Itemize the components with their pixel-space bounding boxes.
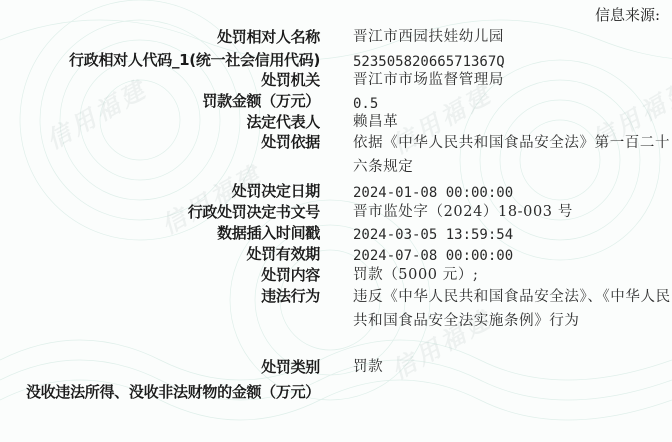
record-row-violation: 违法行为 违反《中华人民共和国食品安全法》、《中华人民共和国食品安全法实施条例》… xyxy=(0,287,672,358)
field-label: 行政处罚决定书文号 xyxy=(0,203,320,222)
record-row-insert-timestamp: 数据插入时间戳 2024-03-05 13:59:54 xyxy=(0,224,672,245)
field-value: 罚款 xyxy=(353,358,671,377)
field-value: 晋市监处字（2024）18-003 号 xyxy=(353,203,671,222)
field-value: 赖昌革 xyxy=(353,113,671,132)
field-label: 违法行为 xyxy=(0,287,320,306)
field-value: 晋江市市场监督管理局 xyxy=(353,71,671,90)
info-source-label: 信息来源: xyxy=(595,4,660,25)
record-row-penalty-content: 处罚内容 罚款（5000 元）; xyxy=(0,266,672,287)
record-row-legal-rep: 法定代表人 赖昌革 xyxy=(0,113,672,133)
field-value: 依据《中华人民共和国食品安全法》第一百二十六条规定 xyxy=(353,131,671,179)
field-label: 处罚内容 xyxy=(0,266,320,285)
field-label: 法定代表人 xyxy=(0,113,320,132)
field-value: 违反《中华人民共和国食品安全法》、《中华人民共和国食品安全法实施条例》行为 xyxy=(353,285,671,333)
field-label: 处罚相对人名称 xyxy=(0,28,320,47)
record-row-fine-amount: 罚款金额（万元） 0.5 xyxy=(0,92,672,113)
field-label: 行政相对人代码_1(统一社会信用代码) xyxy=(0,51,320,70)
field-value: 52350582066571367Q xyxy=(353,53,671,72)
field-value: 2024-01-08 00:00:00 xyxy=(353,184,671,203)
field-label: 罚款金额（万元） xyxy=(0,92,320,111)
field-label: 处罚依据 xyxy=(0,133,320,152)
field-value: 2024-07-08 00:00:00 xyxy=(353,247,671,266)
record-row-decision-date: 处罚决定日期 2024-01-08 00:00:00 xyxy=(0,182,672,203)
record-row-document-number: 行政处罚决定书文号 晋市监处字（2024）18-003 号 xyxy=(0,203,672,224)
field-label: 数据插入时间戳 xyxy=(0,224,320,243)
record-row-authority: 处罚机关 晋江市市场监督管理局 xyxy=(0,71,672,92)
field-label: 处罚机关 xyxy=(0,71,320,90)
record-row-penalty-category: 处罚类别 罚款 xyxy=(0,358,672,380)
field-label: 处罚有效期 xyxy=(0,245,320,264)
record-row-penalty-basis: 处罚依据 依据《中华人民共和国食品安全法》第一百二十六条规定 xyxy=(0,133,672,182)
penalty-record: 处罚相对人名称 晋江市西园扶娃幼儿园 行政相对人代码_1(统一社会信用代码) 5… xyxy=(0,28,672,404)
record-row-valid-until: 处罚有效期 2024-07-08 00:00:00 xyxy=(0,245,672,266)
field-label: 处罚决定日期 xyxy=(0,182,320,201)
field-value: 晋江市西园扶娃幼儿园 xyxy=(353,28,671,47)
field-label: 没收违法所得、没收非法财物的金额（万元） xyxy=(0,380,320,404)
field-value: 0.5 xyxy=(353,95,671,114)
record-row-credit-code: 行政相对人代码_1(统一社会信用代码) 52350582066571367Q xyxy=(0,51,672,71)
record-row-confiscated-amount: 没收违法所得、没收非法财物的金额（万元） xyxy=(0,380,672,404)
field-value: 罚款（5000 元）; xyxy=(353,266,671,285)
field-label: 处罚类别 xyxy=(0,358,320,377)
record-row-party-name: 处罚相对人名称 晋江市西园扶娃幼儿园 xyxy=(0,28,672,51)
field-value: 2024-03-05 13:59:54 xyxy=(353,226,671,245)
